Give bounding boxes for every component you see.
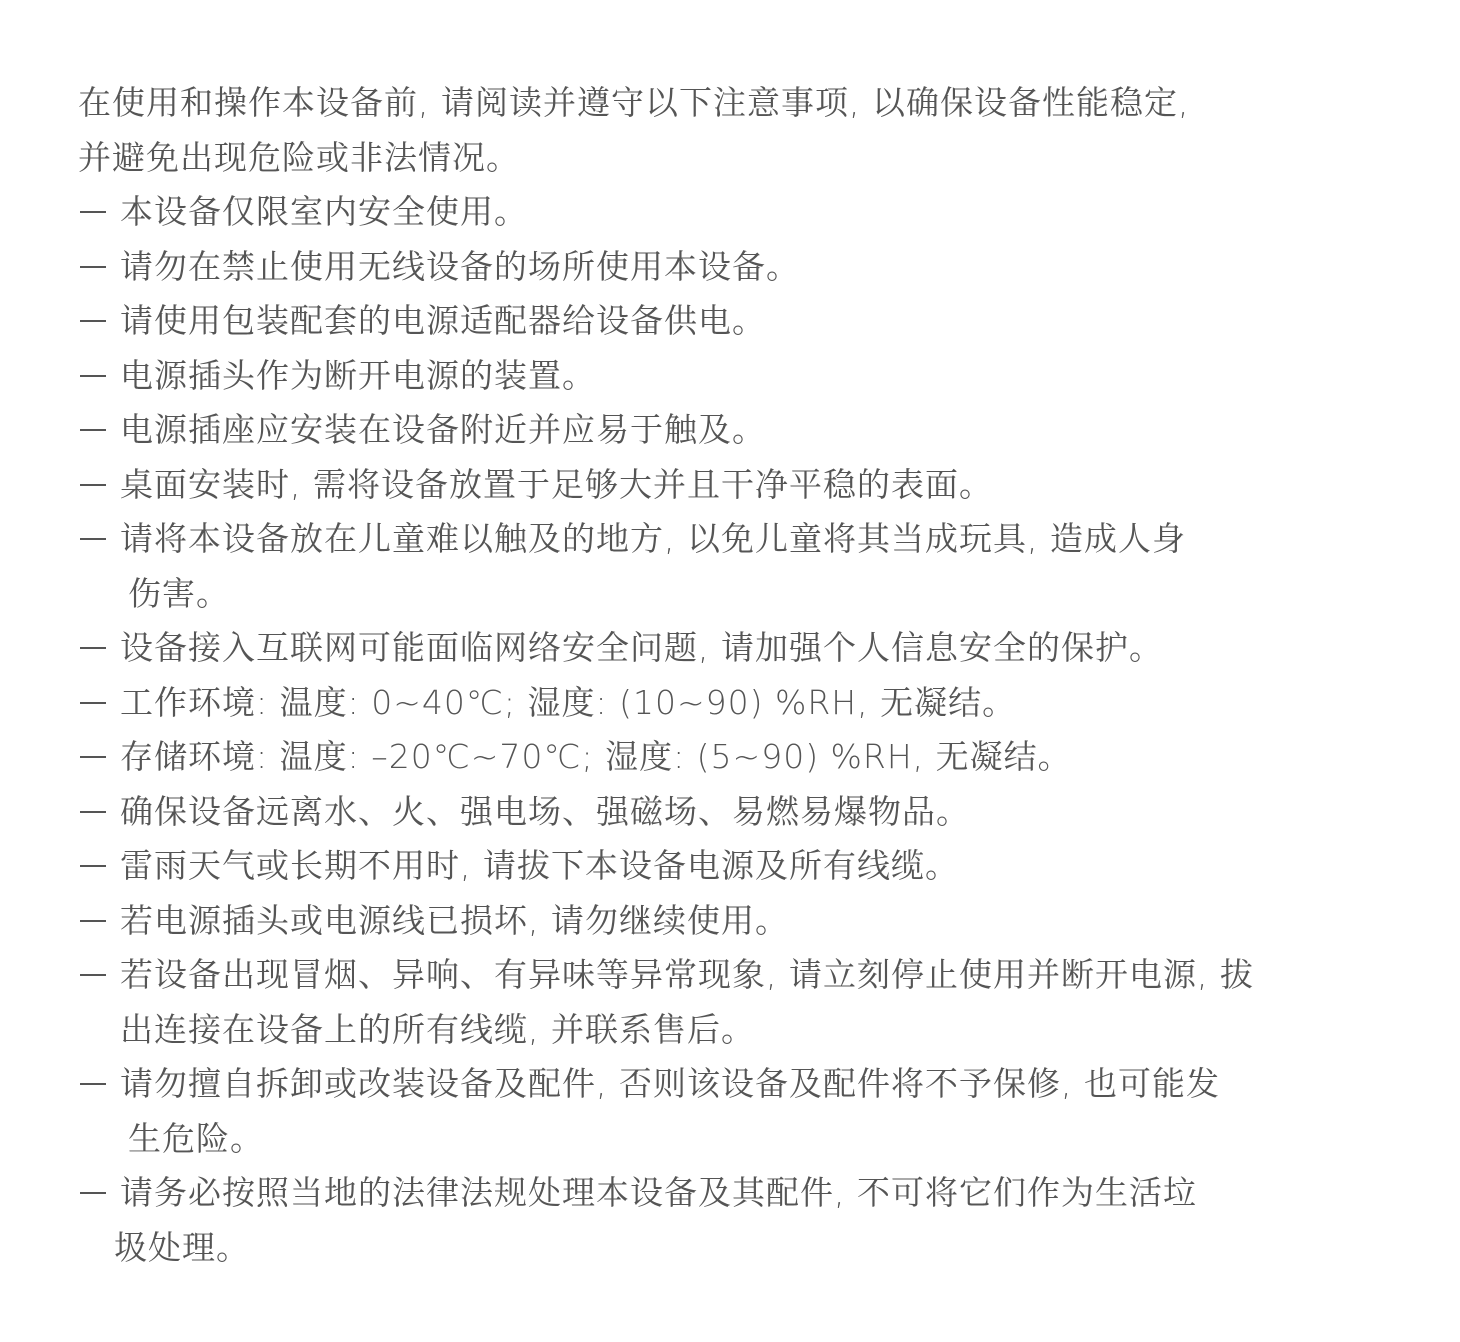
dash-bullet-icon [78, 894, 120, 949]
dash-bullet-icon [78, 512, 120, 567]
dash-bullet-icon [78, 294, 120, 349]
notice-item-text: 请务必按照当地的法律法规处理本设备及其配件, 不可将它们作为生活垃 [120, 1166, 1197, 1221]
notice-item-text: 请将本设备放在儿童难以触及的地方, 以免儿童将其当成玩具, 造成人身 [120, 512, 1186, 567]
notice-item-text: 雷雨天气或长期不用时, 请拔下本设备电源及所有线缆。 [120, 839, 959, 894]
notice-item-14: 若设备出现冒烟、异响、有异味等异常现象, 请立刻停止使用并断开电源, 拔 出连接… [78, 948, 1418, 1057]
notice-item-15: 请勿擅自拆卸或改装设备及配件, 否则该设备及配件将不予保修, 也可能发 生危险。 [78, 1057, 1418, 1166]
notice-item-text-continued: 生危险。 [120, 1112, 1220, 1167]
notice-item-13: 若电源插头或电源线已损坏, 请勿继续使用。 [78, 894, 1418, 949]
notice-item-text: 电源插座应安装在设备附近并应易于触及。 [120, 403, 766, 458]
notice-item-text-continued: 圾处理。 [114, 1221, 1197, 1276]
notice-item-16: 请务必按照当地的法律法规处理本设备及其配件, 不可将它们作为生活垃 圾处理。 [78, 1166, 1418, 1275]
notice-item-5: 电源插座应安装在设备附近并应易于触及。 [78, 403, 1418, 458]
notice-item-6: 桌面安装时, 需将设备放置于足够大并且干净平稳的表面。 [78, 458, 1418, 513]
notice-item-9: 工作环境: 温度: 0~40℃; 湿度: (10~90) %RH, 无凝结。 [78, 676, 1418, 731]
dash-bullet-icon [78, 458, 120, 513]
notice-item-2: 请勿在禁止使用无线设备的场所使用本设备。 [78, 240, 1418, 295]
dash-bullet-icon [78, 349, 120, 404]
notice-item-text: 请勿在禁止使用无线设备的场所使用本设备。 [120, 240, 800, 295]
notice-item-text: 若设备出现冒烟、异响、有异味等异常现象, 请立刻停止使用并断开电源, 拔 [120, 948, 1254, 1003]
safety-notice-document: 在使用和操作本设备前, 请阅读并遵守以下注意事项, 以确保设备性能稳定, 并避免… [78, 76, 1418, 1275]
intro-line-2: 并避免出现危险或非法情况。 [78, 131, 1418, 186]
notice-item-text: 请勿擅自拆卸或改装设备及配件, 否则该设备及配件将不予保修, 也可能发 [120, 1057, 1220, 1112]
dash-bullet-icon [78, 240, 120, 295]
intro-line-1: 在使用和操作本设备前, 请阅读并遵守以下注意事项, 以确保设备性能稳定, [78, 76, 1418, 131]
notice-item-text: 工作环境: 温度: 0~40℃; 湿度: (10~90) %RH, 无凝结。 [120, 676, 1016, 731]
notice-item-text: 设备接入互联网可能面临网络安全问题, 请加强个人信息安全的保护。 [120, 621, 1163, 676]
dash-bullet-icon [78, 839, 120, 894]
dash-bullet-icon [78, 621, 120, 676]
notice-item-text: 电源插头作为断开电源的装置。 [120, 349, 596, 404]
dash-bullet-icon [78, 730, 120, 785]
dash-bullet-icon [78, 1057, 120, 1112]
notice-item-text: 确保设备远离水、火、强电场、强磁场、易燃易爆物品。 [120, 785, 970, 840]
notice-item-text-continued: 伤害。 [120, 567, 1186, 622]
notice-item-7: 请将本设备放在儿童难以触及的地方, 以免儿童将其当成玩具, 造成人身 伤害。 [78, 512, 1418, 621]
dash-bullet-icon [78, 785, 120, 840]
notice-item-text: 存储环境: 温度: –20℃~70℃; 湿度: (5~90) %RH, 无凝结。 [120, 730, 1072, 785]
dash-bullet-icon [78, 403, 120, 458]
notice-item-text-continued: 出连接在设备上的所有线缆, 并联系售后。 [120, 1003, 1254, 1058]
notice-item-1: 本设备仅限室内安全使用。 [78, 185, 1418, 240]
notice-item-text: 请使用包装配套的电源适配器给设备供电。 [120, 294, 766, 349]
notice-item-12: 雷雨天气或长期不用时, 请拔下本设备电源及所有线缆。 [78, 839, 1418, 894]
notice-item-3: 请使用包装配套的电源适配器给设备供电。 [78, 294, 1418, 349]
notice-item-4: 电源插头作为断开电源的装置。 [78, 349, 1418, 404]
notice-item-text: 若电源插头或电源线已损坏, 请勿继续使用。 [120, 894, 789, 949]
dash-bullet-icon [78, 1166, 120, 1221]
notice-item-text: 桌面安装时, 需将设备放置于足够大并且干净平稳的表面。 [120, 458, 993, 513]
dash-bullet-icon [78, 676, 120, 731]
dash-bullet-icon [78, 185, 120, 240]
dash-bullet-icon [78, 948, 120, 1003]
notice-item-10: 存储环境: 温度: –20℃~70℃; 湿度: (5~90) %RH, 无凝结。 [78, 730, 1418, 785]
notice-item-11: 确保设备远离水、火、强电场、强磁场、易燃易爆物品。 [78, 785, 1418, 840]
notice-item-8: 设备接入互联网可能面临网络安全问题, 请加强个人信息安全的保护。 [78, 621, 1418, 676]
notice-item-text: 本设备仅限室内安全使用。 [120, 185, 528, 240]
